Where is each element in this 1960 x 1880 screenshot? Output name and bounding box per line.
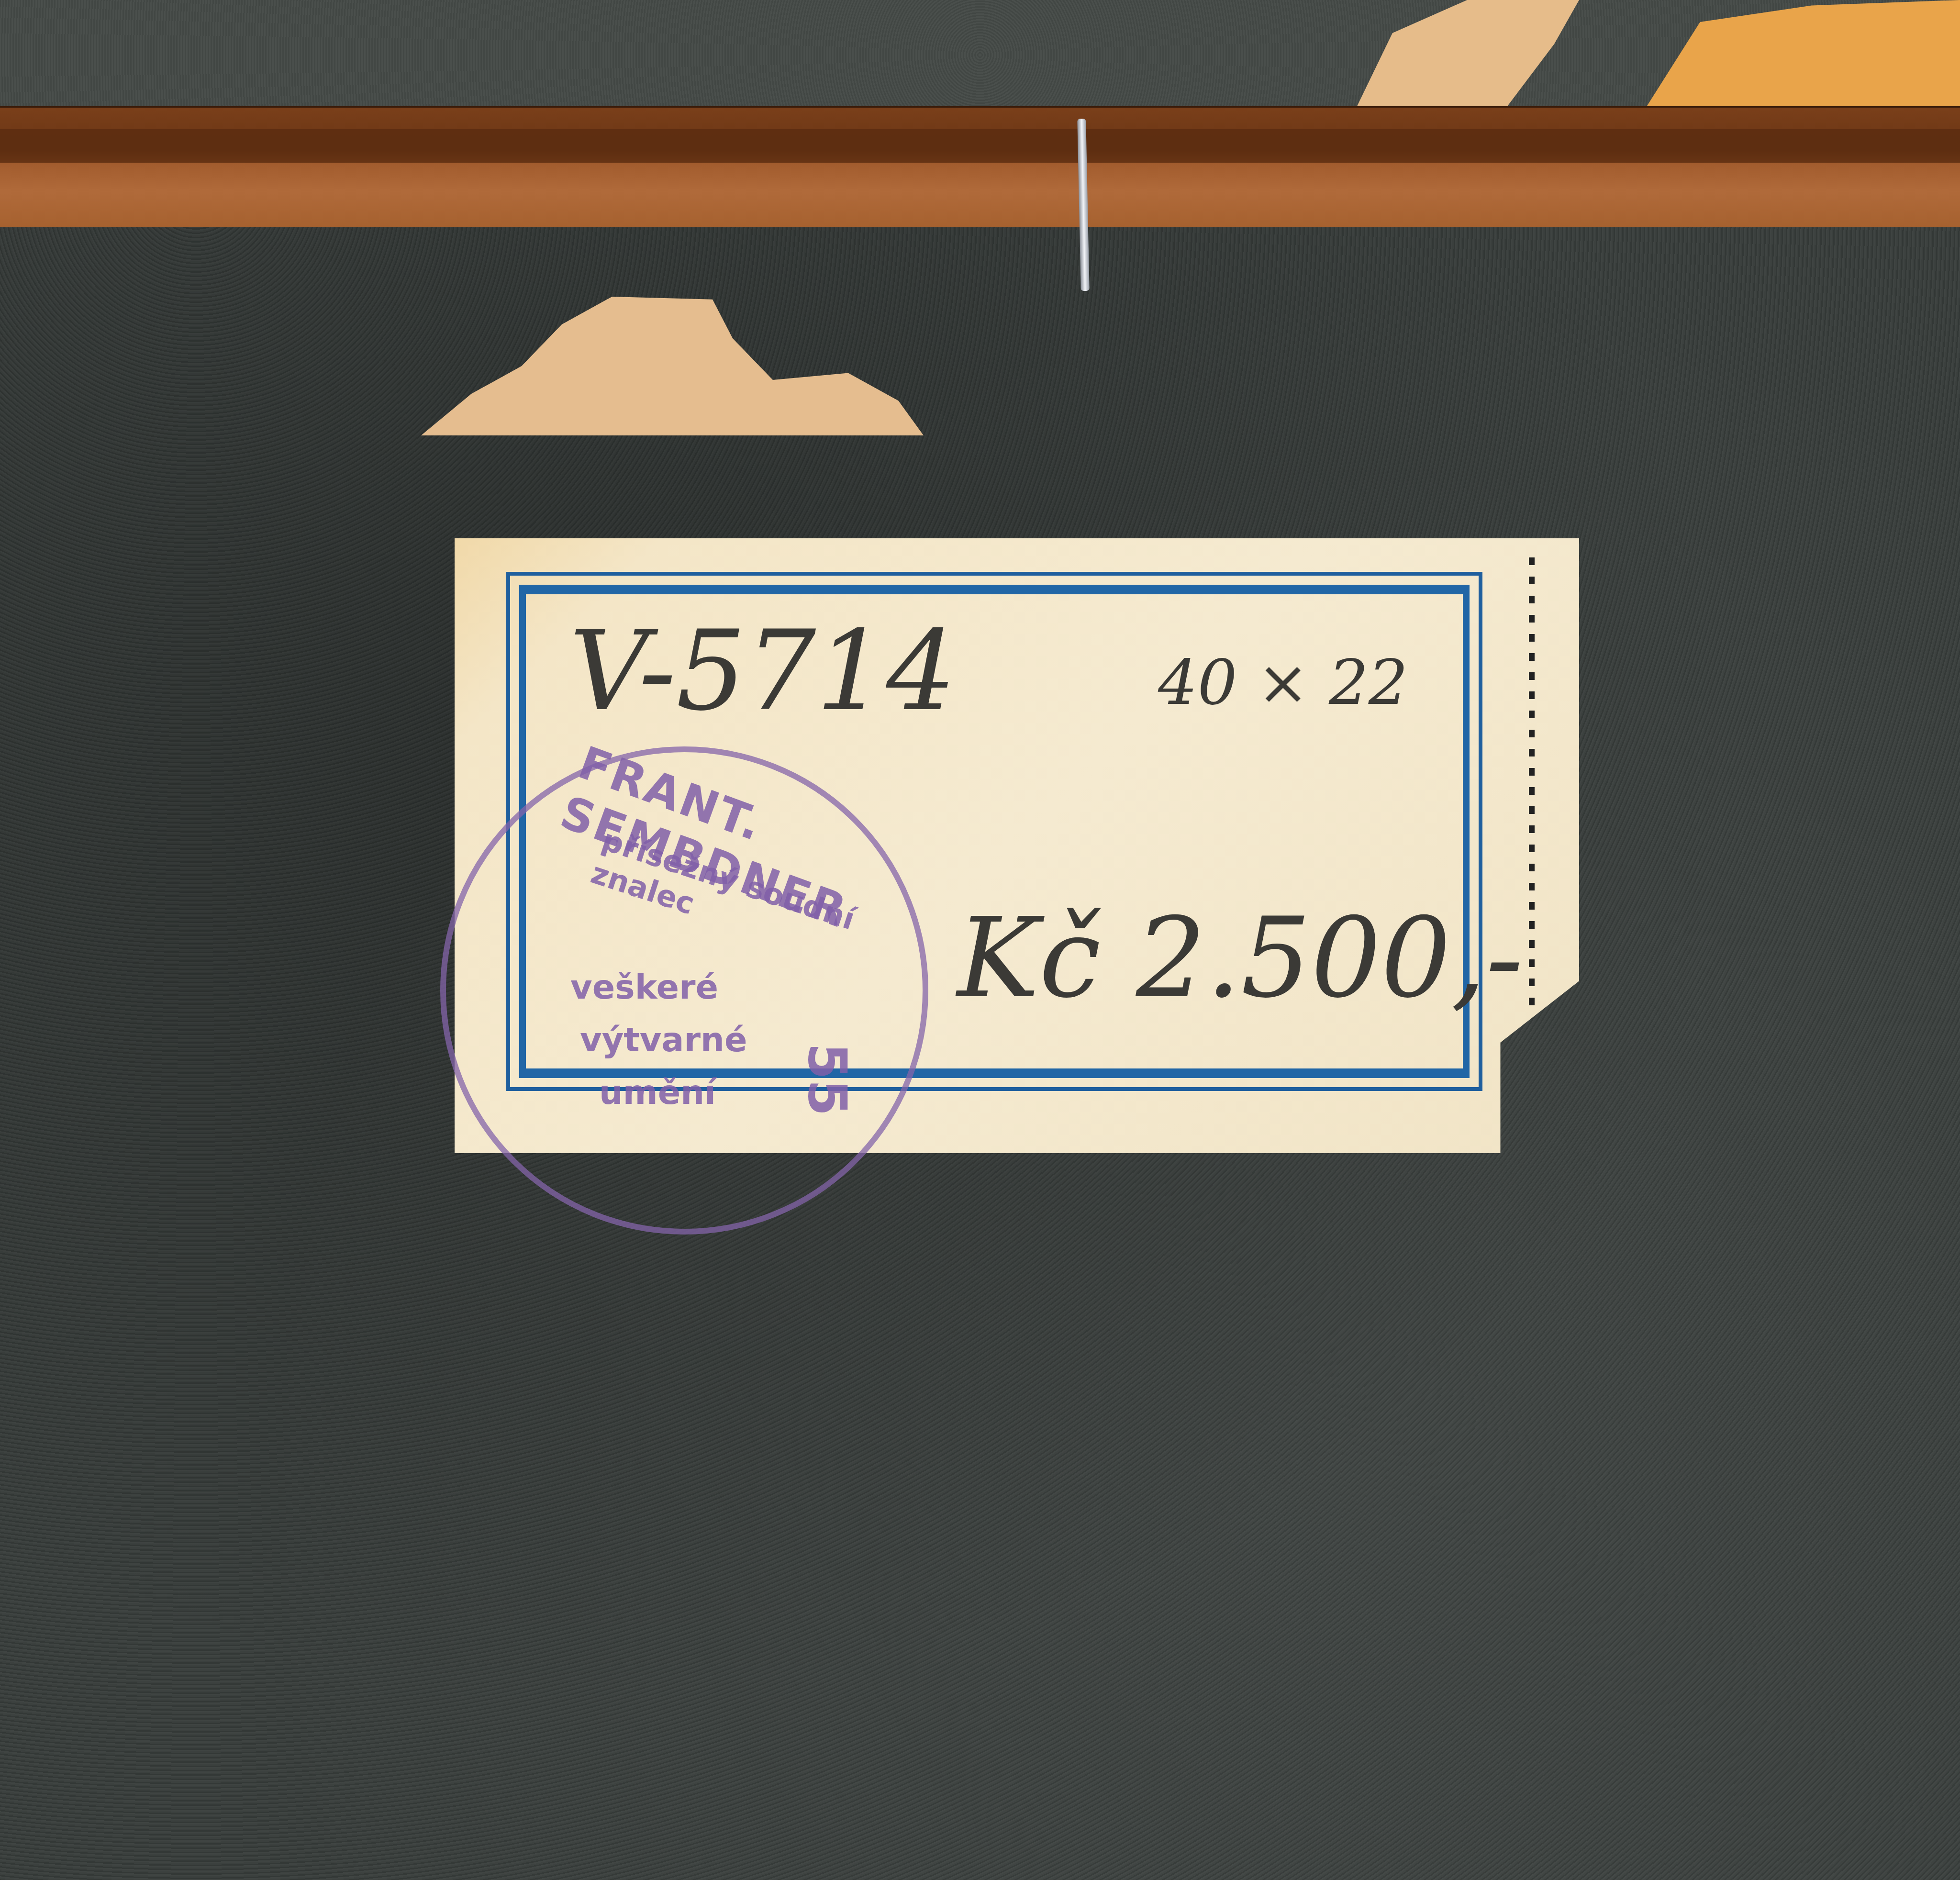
appraiser-stamp: FRANT. SEMBDNER přísežný soudní znalec v… [440, 746, 928, 1235]
wooden-frame-strip [0, 106, 1960, 227]
stamp-number: 55 [797, 1043, 858, 1116]
price: Kč 2.500,- [957, 895, 1523, 1023]
stamp-line: umění [599, 1073, 716, 1112]
stamp-line: veškeré [570, 968, 718, 1007]
frame-groove [0, 129, 1960, 163]
inventory-number: V-5714 [569, 608, 956, 735]
dimensions: 40 × 22 [1158, 646, 1408, 719]
perforation-edge [1529, 557, 1535, 1017]
stamp-line: výtvarné [580, 1020, 747, 1059]
